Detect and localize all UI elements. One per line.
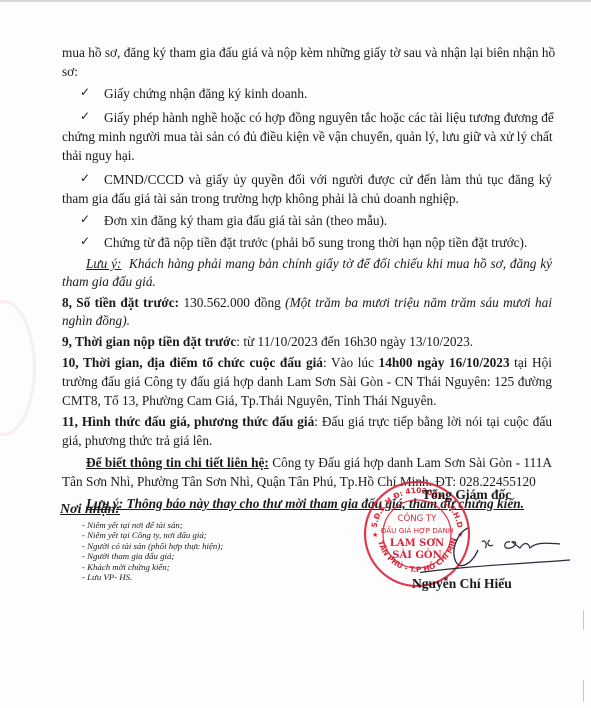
checklist-item: tham gia đấu giá tài sản trong trường hợ… — [62, 191, 459, 207]
deposit-period: 9, Thời gian nộp tiền đặt trước: từ 11/1… — [62, 334, 473, 350]
checklist-item: Đơn xin đăng ký tham gia đấu giá tài sản… — [104, 213, 387, 229]
auction-time-place: 10, Thời gian, địa điểm tổ chức cuộc đấu… — [62, 355, 552, 371]
recipient-item: - Người có tài sản (phối hợp thực hiện); — [82, 541, 223, 551]
checklist-item: Chứng từ đã nộp tiền đặt trước (phải bổ … — [104, 235, 527, 251]
recipients-list: - Niêm yết tại nơi để tài sản; - Niêm yế… — [82, 520, 223, 582]
auction-method: giá, phương thức trả giá lên. — [62, 433, 212, 449]
svg-text:★: ★ — [372, 531, 378, 539]
check-icon: ✓ — [80, 85, 90, 99]
note-label: Lưu ý: — [86, 256, 121, 271]
signatory-title: Tổng Giám đốc — [422, 487, 511, 503]
check-icon: ✓ — [80, 109, 90, 123]
recipient-item: - Người tham gia đấu giá; — [82, 551, 223, 561]
note-text: tham gia đấu giá. — [62, 274, 156, 290]
deposit-amount: 8, Số tiền đặt trước: 130.562.000 đồng (… — [62, 295, 552, 311]
check-icon: ✓ — [80, 234, 90, 248]
note-text: Lưu ý: Khách hàng phải mang bản chính gi… — [86, 256, 552, 272]
checklist-item: CMND/CCCD và giấy ủy quyền đối với người… — [104, 172, 552, 188]
intro-text: sơ: — [62, 64, 78, 80]
recipient-item: - Lưu VP- HS. — [82, 572, 223, 582]
checklist-item: chứng minh người mua tài sản có đủ điều … — [62, 129, 552, 145]
document-page: mua hồ sơ, đăng ký tham gia đấu giá và n… — [0, 0, 591, 708]
deposit-amount-words: nghìn đồng). — [62, 313, 130, 329]
checklist-item: Giấy chứng nhận đăng ký kinh doanh. — [104, 86, 307, 102]
contact-info: Để biết thông tin chi tiết liên hệ: Công… — [86, 455, 552, 471]
recipient-item: - Khách mời chứng kiến; — [82, 562, 223, 572]
check-icon: ✓ — [80, 212, 90, 226]
auction-time-place: trường đấu giá Công ty đấu giá hợp danh … — [62, 374, 552, 390]
recipients-title: Nơi nhận: — [60, 502, 120, 518]
checklist-item: Giấy phép hành nghề hoặc có hợp đồng ngu… — [104, 110, 552, 126]
signatory-name: Nguyễn Chí Hiếu — [412, 576, 512, 592]
auction-time-place: CMT8, Tổ 13, Phường Cam Giá, Tp.Thái Ngu… — [62, 393, 436, 409]
auction-method: 11, Hình thức đấu giá, phương thức đấu g… — [62, 414, 552, 430]
recipient-item: - Niêm yết tại nơi để tài sản; — [82, 520, 223, 530]
recipient-item: - Niêm yết tại Công ty, nơi đấu giá; — [82, 530, 223, 540]
check-icon: ✓ — [80, 171, 90, 185]
checklist-item: thải nguy hại. — [62, 148, 135, 164]
handwritten-signature — [420, 520, 580, 580]
intro-text: mua hồ sơ, đăng ký tham gia đấu giá và n… — [62, 45, 552, 61]
